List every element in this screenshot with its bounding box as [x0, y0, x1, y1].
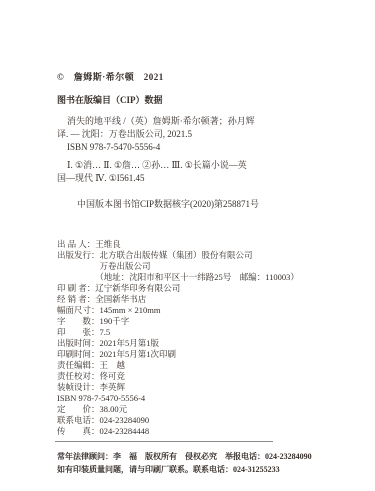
colophon-row-print-date: 印刷时间：2021年5月第1次印刷: [57, 349, 319, 360]
copyright-notice: © 詹姆斯·希尔顿 2021: [57, 70, 319, 83]
colophon-row-distributor: 经 销 者：全国新华书店: [57, 294, 319, 305]
footer-divider: [55, 441, 273, 442]
colophon-row-producer: 出 品 人：王维良: [57, 239, 319, 250]
cip-heading: 图书在版编目（CIP）数据: [57, 93, 319, 106]
colophon-block: 出 品 人：王维良 出版发行：北方联合出版传媒（集团）股份有限公司 万卷出版公司…: [57, 239, 319, 437]
colophon-row-phone: 联系电话：024-23284090: [57, 415, 319, 426]
colophon-row-pub-date: 出版时间：2021年5月第1版: [57, 338, 319, 349]
colophon-row-isbn: ISBN 978-7-5470-5556-4: [57, 393, 319, 404]
cip-record-line: 译. — 沈阳：万卷出版公司, 2021.5: [57, 128, 319, 141]
colophon-row-address: （地址：沈阳市和平区十一纬路25号 邮编：110003）: [57, 272, 319, 283]
colophon-row-fax: 传 真：024-23284448: [57, 426, 319, 437]
cip-record-line: 消失的地平线 /（英）詹姆斯·希尔顿著；孙月辉: [57, 115, 319, 128]
cip-classification-line: Ⅰ. ①消… Ⅱ. ①詹… ②孙… Ⅲ. ①长篇小说—英: [57, 159, 319, 172]
colophon-row-publisher-2: 万卷出版公司: [57, 261, 319, 272]
colophon-row-editor: 责任编辑：王 越: [57, 360, 319, 371]
colophon-row-proofreader: 责任校对：佟可竞: [57, 371, 319, 382]
colophon-row-sheets: 印 张：7.5: [57, 327, 319, 338]
print-quality-line: 如有印装质量问题，请与印刷厂联系。联系电话：024-31255233: [57, 463, 319, 476]
cip-registry-number: 中国版本图书馆CIP数据核字(2020)第258871号: [57, 197, 319, 210]
legal-footer: 常年法律顾问：李 福 版权所有 侵权必究 举报电话：024-23284090 如…: [57, 450, 319, 476]
legal-counsel-line: 常年法律顾问：李 福 版权所有 侵权必究 举报电话：024-23284090: [57, 450, 319, 463]
copyright-page-content: © 詹姆斯·希尔顿 2021 图书在版编目（CIP）数据 消失的地平线 /（英）…: [57, 70, 319, 476]
colophon-row-publisher: 出版发行：北方联合出版传媒（集团）股份有限公司: [57, 250, 319, 261]
colophon-row-designer: 装帧设计：李英辉: [57, 382, 319, 393]
cip-isbn-line: ISBN 978-7-5470-5556-4: [57, 141, 319, 154]
colophon-row-price: 定 价：38.00元: [57, 404, 319, 415]
book-copyright-page: © 詹姆斯·希尔顿 2021 图书在版编目（CIP）数据 消失的地平线 /（英）…: [0, 0, 375, 491]
cip-classification-line: 国—现代 Ⅳ. ①I561.45: [57, 172, 319, 185]
colophon-row-printer: 印 刷 者：辽宁新华印务有限公司: [57, 283, 319, 294]
colophon-row-dimensions: 幅面尺寸：145mm × 210mm: [57, 305, 319, 316]
colophon-row-word-count: 字 数：190千字: [57, 316, 319, 327]
cip-record-block: 消失的地平线 /（英）詹姆斯·希尔顿著；孙月辉 译. — 沈阳：万卷出版公司, …: [57, 115, 319, 185]
